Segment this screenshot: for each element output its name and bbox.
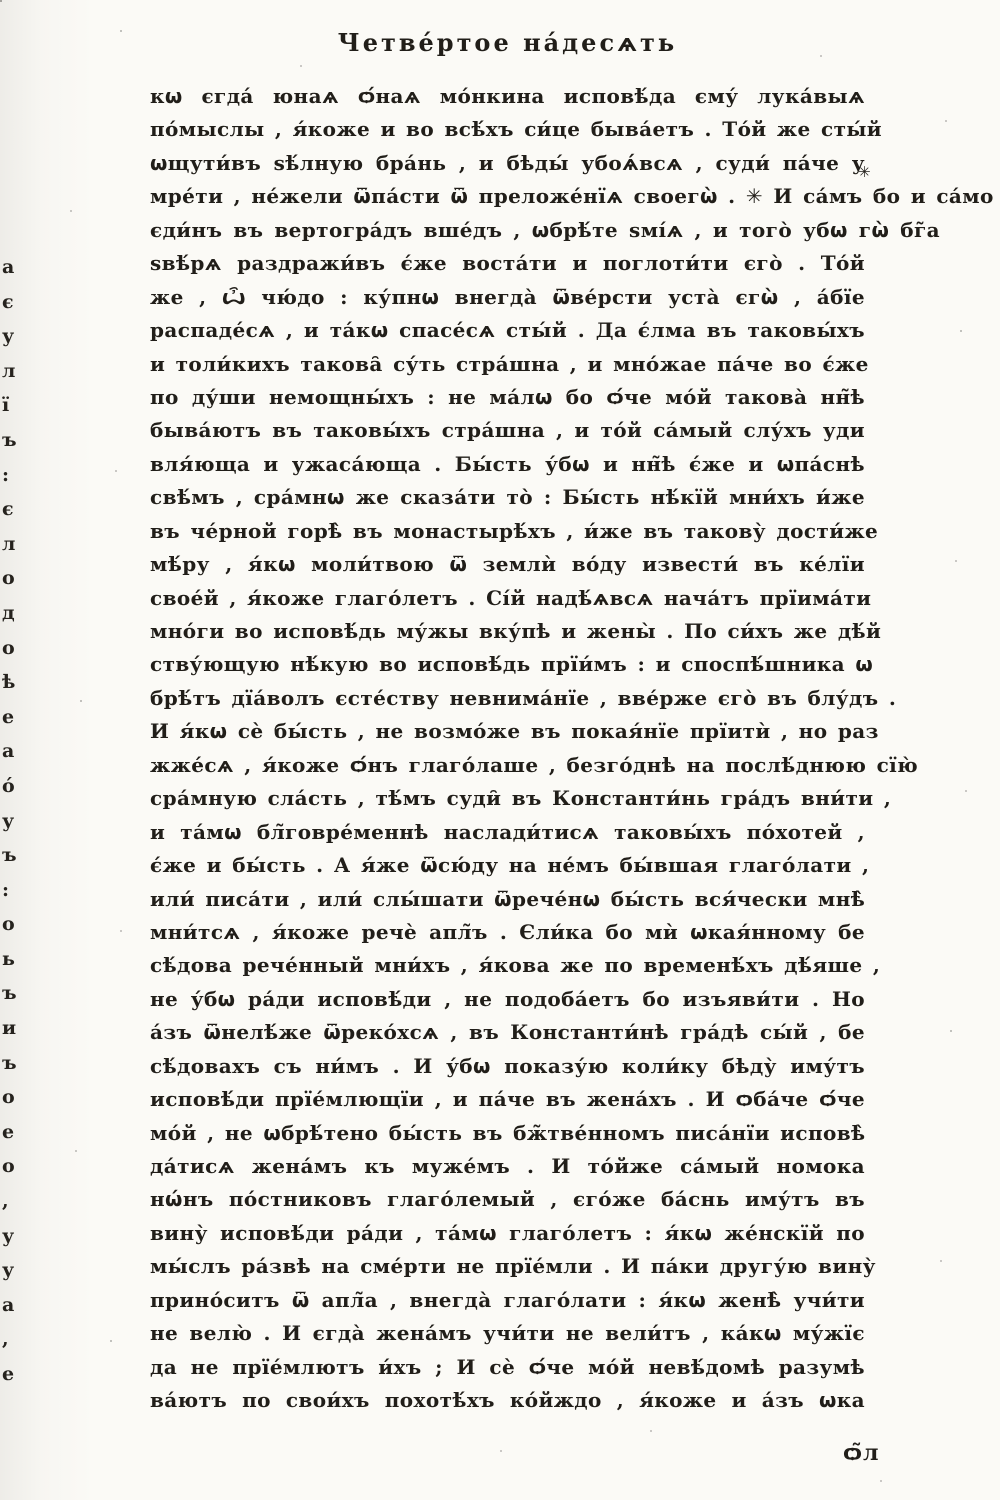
- text-line: сѣ́довахъ съ ни́мъ . И у́бѡ показу́ю кол…: [150, 1050, 865, 1083]
- text-line: по́мыслы , я́коже и во всѣ́хъ си́це быва…: [150, 113, 865, 146]
- letter-fragment: а: [2, 734, 28, 769]
- letter-fragment: ь: [2, 942, 28, 977]
- letter-fragment: :: [2, 458, 28, 493]
- text-line: или́ писа́ти , или́ слы́шати ѿрече́нѡ бы…: [150, 883, 865, 916]
- letter-fragment: о́: [2, 769, 28, 804]
- letter-fragment: ,: [2, 1184, 28, 1219]
- text-line: и та́мѡ бл̃говре́меннѣ наслади́тисѧ тако…: [150, 816, 865, 849]
- letter-fragment: о: [2, 1149, 28, 1184]
- text-line: мни́тсѧ , я́коже речè апл̃ъ . Єли́ка бо …: [150, 916, 865, 949]
- text-line: прино́ситъ ѿ апл̃а , внегда̀ глаго́лати …: [150, 1284, 865, 1317]
- letter-fragment: ѣ: [2, 665, 28, 700]
- text-line: а́зъ ѿнелѣ́же ѿреко́хсѧ , въ Константи́н…: [150, 1016, 865, 1049]
- text-line: ѕвѣ́рѧ раздражи́въ є́же воста́ти и погло…: [150, 247, 865, 280]
- letter-fragment: о: [2, 631, 28, 666]
- text-line: сѣ́дова рече́нный мни́хъ , я́кова же по …: [150, 949, 865, 982]
- text-line: да́тисѧ жена́мъ къ муже́мъ . И то́йже са…: [150, 1150, 865, 1183]
- letter-fragment: л: [2, 527, 28, 562]
- text-line: свое́й , я́коже глаго́летъ . Сі́й надѣ́ѧ…: [150, 582, 865, 615]
- text-line: и толи́кихъ такова̑ су́ть стра́шна , и м…: [150, 348, 865, 381]
- text-line: є́же и бы́сть . А я́же ѿсю́ду на не́мъ б…: [150, 849, 865, 882]
- text-line: ству́ющую нѣ́кую во исповѣ́дь прїи́мъ : …: [150, 648, 865, 681]
- text-line: вля́юща и ужаса́юща . Бы́сть у́бѡ и нн̃ѣ…: [150, 448, 865, 481]
- letter-fragment: ъ: [2, 838, 28, 873]
- text-line: распаде́сѧ , и та́кѡ спасе́сѧ сты́й . Да…: [150, 314, 865, 347]
- letter-fragment: у: [2, 1253, 28, 1288]
- text-line: по ду́ши немощны́хъ : не ма́лѡ бо ѻ́че м…: [150, 381, 865, 414]
- letter-fragment: ъ: [2, 423, 28, 458]
- text-line: да не прїе́млютъ и́хъ ; И сè ѻ́че мо́й н…: [150, 1351, 865, 1384]
- text-line: мре́ти , не́жели ѿпа́сти ѿ преложе́нїѧ с…: [150, 180, 940, 213]
- letter-fragment: е: [2, 1357, 28, 1392]
- letter-fragment: є: [2, 492, 28, 527]
- body-text-block: кѡ єгда́ юнаѧ ѻ́наѧ мо́нкина исповѣ́да є…: [150, 80, 865, 1418]
- letter-fragment: о: [2, 561, 28, 596]
- letter-fragment: о: [2, 1080, 28, 1115]
- text-line: жже́сѧ , я́коже ѻ́нъ глаго́лаше , безго́…: [150, 749, 865, 782]
- letter-fragment: у: [2, 1219, 28, 1254]
- text-line: И я́кѡ сè бы́сть , не возмо́же въ покая́…: [150, 715, 865, 748]
- text-line: сра́мную сла́сть , тѣ́мъ суди̑ въ Конста…: [150, 782, 865, 815]
- letter-fragment: а: [2, 1288, 28, 1323]
- text-line: мы́слъ ра́звѣ на сме́рти не прїе́мли . И…: [150, 1250, 865, 1283]
- quire-signature: ѻ̃л: [843, 1440, 880, 1466]
- text-line: исповѣ́ди прїе́млющїи , и па́че въ жена́…: [150, 1083, 865, 1116]
- text-line: въ че́рной горѣ̀ въ монастырѣ́хъ , и́же …: [150, 515, 865, 548]
- letter-fragment: е: [2, 700, 28, 735]
- letter-fragment: и: [2, 1011, 28, 1046]
- letter-fragment: а: [2, 250, 28, 285]
- text-line: быва́ютъ въ таковы́хъ стра́шна , и то́й …: [150, 414, 865, 447]
- text-line: ѡщути́въ ѕѣ́лную бра́нь , и бѣды́ убоѧ́в…: [150, 147, 865, 180]
- letter-fragment: ї: [2, 388, 28, 423]
- text-line: не велю̀ . И єгда̀ жена́мъ учи́ти не вел…: [150, 1317, 865, 1350]
- letter-fragment: е: [2, 1115, 28, 1150]
- chapter-heading: Четве́ртое на́десѧть: [150, 28, 865, 57]
- letter-fragment: ,: [2, 1322, 28, 1357]
- text-line: ва́ютъ по свои́хъ похотѣ́хъ ко́йждо , я́…: [150, 1384, 865, 1417]
- text-line: вину̀ исповѣ́ди ра́ди , та́мѡ глаго́летъ…: [150, 1217, 865, 1250]
- text-line: нѡ́нъ по́стниковъ глаго́лемый , єго́же б…: [150, 1183, 865, 1216]
- scanned-book-page: аєулїъ:єлодоѣеао́уъ:оьъиъоео,ууа,е Четве…: [0, 0, 1000, 1500]
- text-line: же , ѽ чю́до : ку́пнѡ внегда̀ ѿве́рсти у…: [150, 281, 865, 314]
- letter-fragment: у: [2, 804, 28, 839]
- text-line: брѣ́тъ дїа́волъ єсте́ству невнима́нїе , …: [150, 682, 865, 715]
- text-line: мѣ́ру , я́кѡ моли́твою ѿ землѝ во́ду изв…: [150, 548, 865, 581]
- letter-fragment: є: [2, 285, 28, 320]
- letter-fragment: у: [2, 319, 28, 354]
- letter-fragment: ъ: [2, 976, 28, 1011]
- facing-page-letter-fragments: аєулїъ:єлодоѣеао́уъ:оьъиъоео,ууа,е: [2, 250, 28, 1392]
- text-line: мно́ги во исповѣ́дь му́жы вку́пѣ и жены̀…: [150, 615, 865, 648]
- text-line: кѡ єгда́ юнаѧ ѻ́наѧ мо́нкина исповѣ́да є…: [150, 80, 865, 113]
- letter-fragment: о: [2, 907, 28, 942]
- text-line: не у́бѡ ра́ди исповѣ́ди , не подоба́етъ …: [150, 983, 865, 1016]
- letter-fragment: д: [2, 596, 28, 631]
- text-line: єди́нъ въ вертогра́дъ вше́дъ , ѡбрѣ́те ѕ…: [150, 214, 940, 247]
- letter-fragment: ъ: [2, 1046, 28, 1081]
- letter-fragment: л: [2, 354, 28, 389]
- text-line: мо́й , не ѡбрѣ́тено бы́сть въ бж̃тве́нно…: [150, 1117, 865, 1150]
- text-line: свѣ́мъ , сра́мнѡ же сказа́ти то̀ : Бы́ст…: [150, 481, 865, 514]
- letter-fragment: :: [2, 873, 28, 908]
